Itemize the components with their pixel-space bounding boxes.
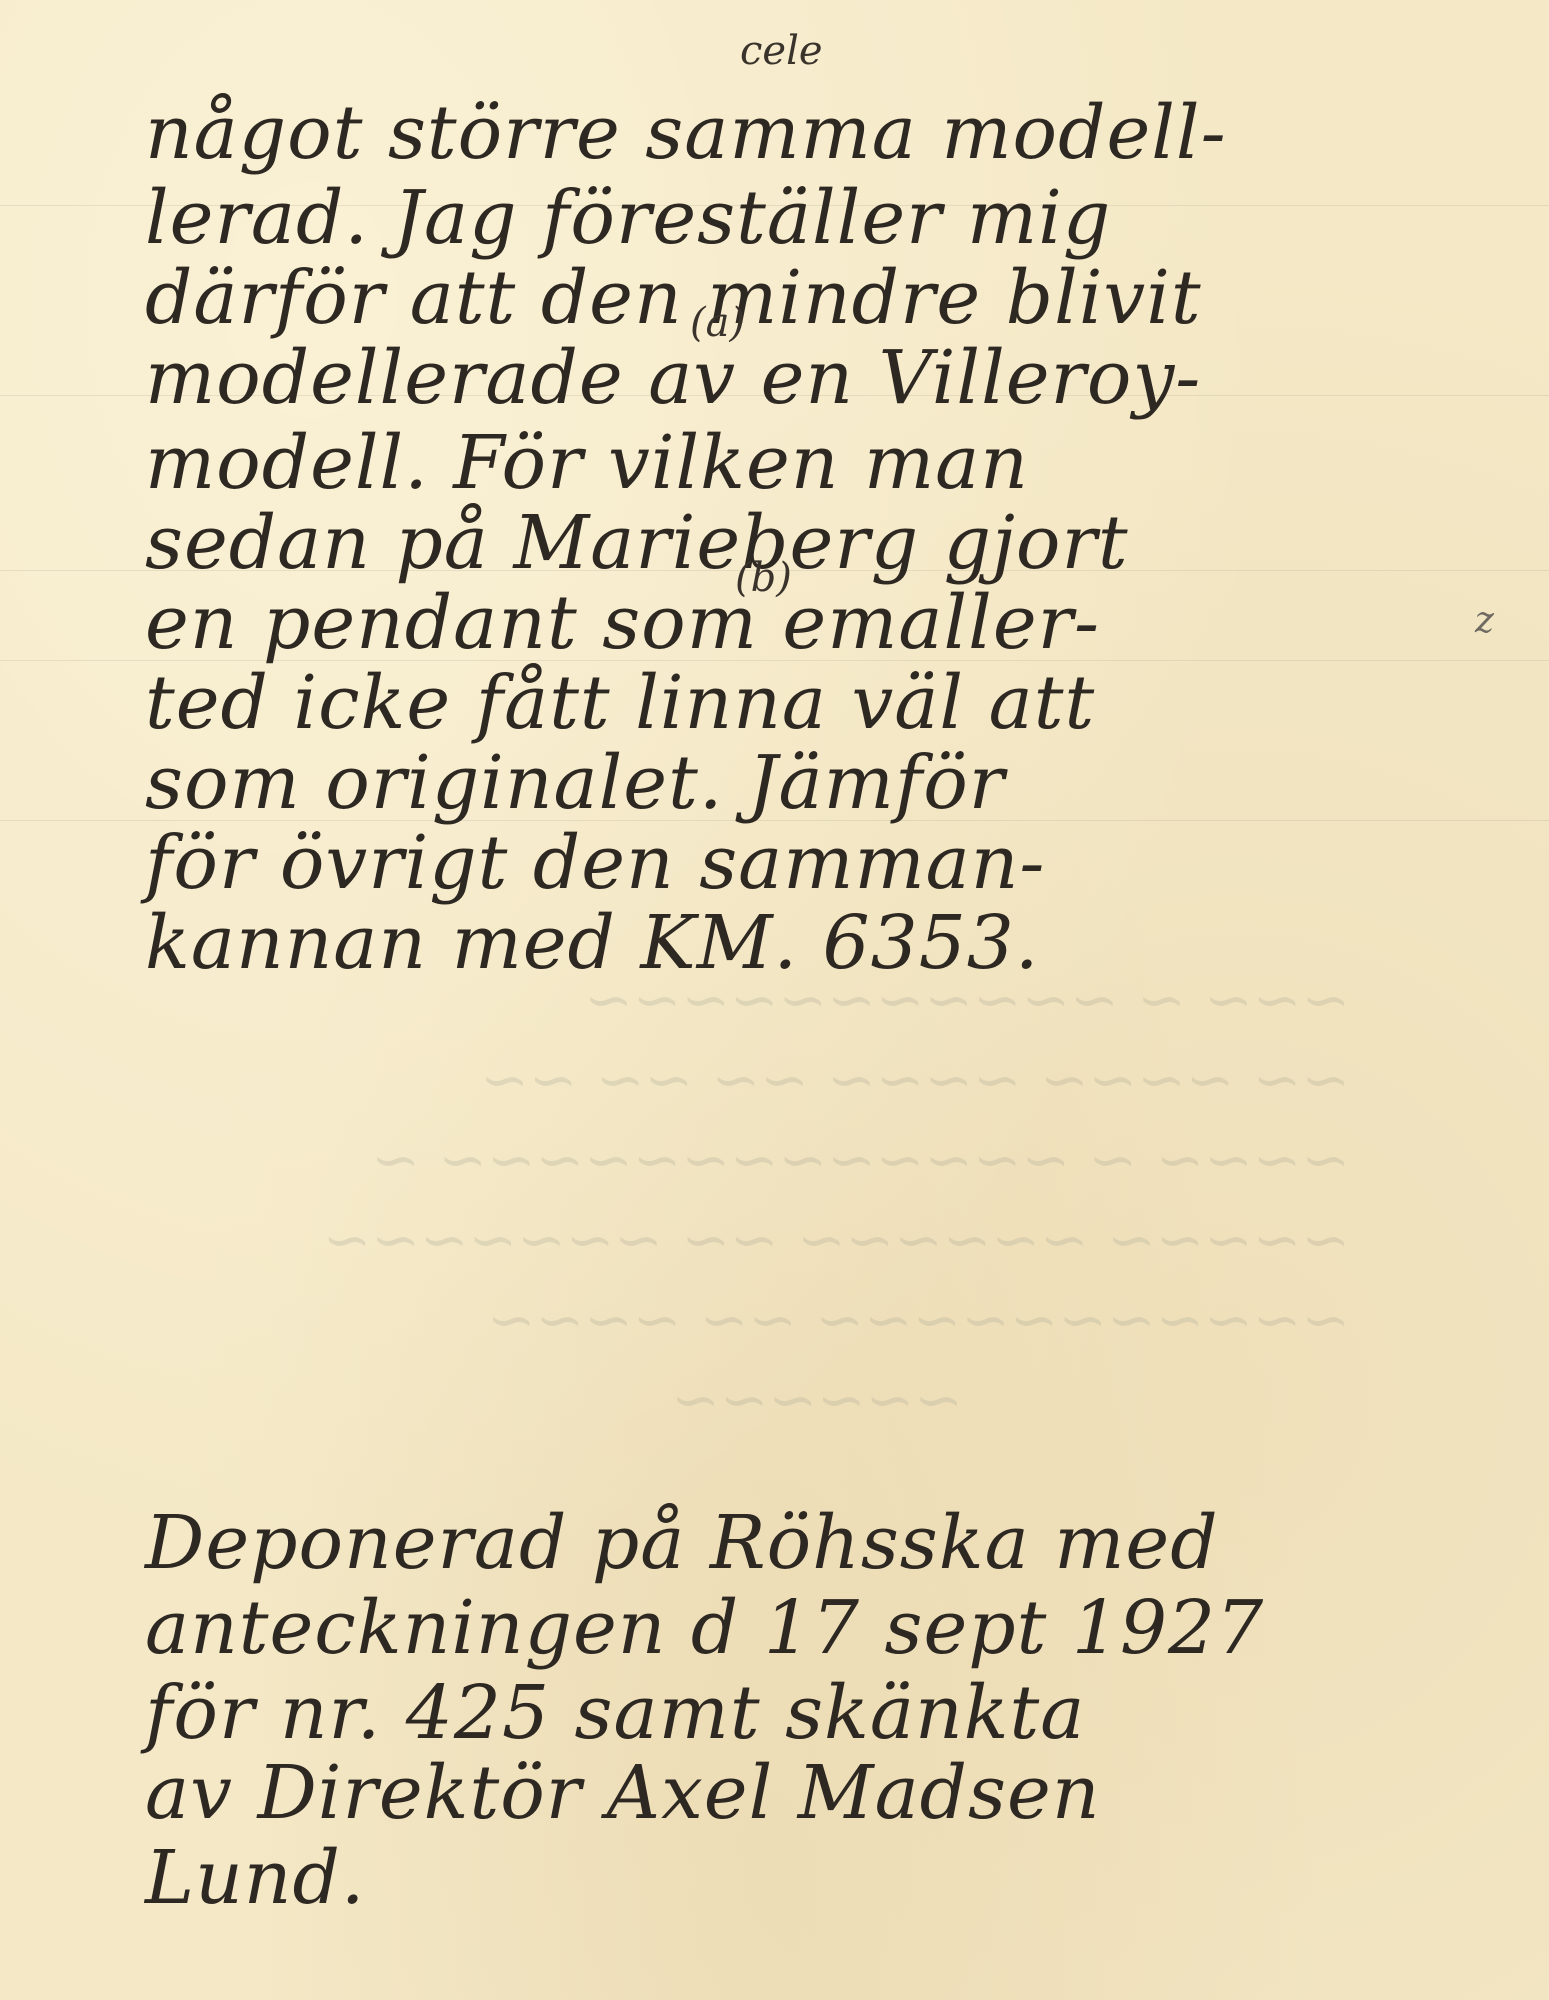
- note-line-10: för övrigt den samman-: [145, 820, 1045, 906]
- deposit-line-4: av Direktör Axel Madsen: [145, 1750, 1100, 1836]
- note-line-4: modellerade av en Villeroy-: [145, 335, 1201, 421]
- note-line-8: ted icke fått linna väl att: [145, 660, 1095, 746]
- note-line-5: modell. För vilken man: [145, 420, 1029, 506]
- reverse-side-bleed-through: ~~~ ~ ~~~~~~~~~~~ ~~ ~~~~ ~~~~ ~~ ~~ ~~ …: [150, 960, 1350, 1520]
- deposit-line-2: anteckningen d 17 sept 1927: [145, 1585, 1264, 1671]
- margin-mark-z: z: [1475, 600, 1494, 641]
- handwritten-letter-page: ~~~ ~ ~~~~~~~~~~~ ~~ ~~~~ ~~~~ ~~ ~~ ~~ …: [0, 0, 1549, 2000]
- note-line-9: som originalet. Jämför: [145, 740, 1005, 826]
- deposit-line-3: för nr. 425 samt skänkta: [145, 1670, 1085, 1756]
- deposit-line-5: Lund.: [145, 1835, 365, 1921]
- note-line-2: lerad. Jag föreställer mig: [145, 175, 1111, 261]
- deposit-line-1: Deponerad på Röhsska med: [145, 1500, 1219, 1586]
- note-line-6: sedan på Marieberg gjort: [145, 500, 1129, 586]
- note-line-7: en pendant som emaller-: [145, 580, 1100, 666]
- note-line-11: kannan med KM. 6353.: [145, 900, 1039, 986]
- note-line-1: något större samma modell-: [145, 90, 1227, 176]
- note-line-3: därför att den mindre blivit: [145, 255, 1202, 341]
- insertion-cele: cele: [740, 28, 823, 74]
